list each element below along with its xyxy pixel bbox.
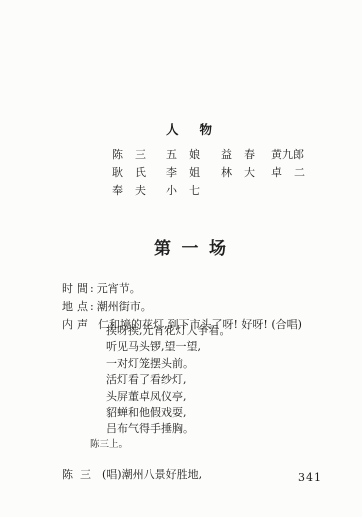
role-label: 陈三 — [62, 466, 91, 482]
chorus-line: 挨呀挨,元宵花灯人争看。 — [106, 322, 231, 338]
chorus-line: 听见马头锣,望一望, — [106, 338, 201, 354]
stage-direction: 陈三上。 — [90, 436, 128, 450]
cast-heading: 人物 — [166, 120, 212, 138]
script-line: 陈三(唱)潮州八景好胜地, — [48, 453, 202, 495]
line-text: (唱)潮州八景好胜地, — [102, 468, 202, 481]
scene-heading: 第一场 — [154, 234, 226, 259]
page-number: 341 — [298, 471, 322, 484]
chorus-line: 一对灯笼摆头前。 — [106, 355, 194, 371]
cast-name: 李姐 — [166, 164, 200, 180]
chorus-line: 头屏董卓凤仪亭, — [106, 388, 187, 404]
cast-row: 耿氏 李姐 林大 卓二 — [112, 164, 331, 180]
role-label: 内声 — [62, 316, 88, 332]
cast-name: 小七 — [166, 182, 200, 198]
cast-name: 益春 — [221, 146, 255, 162]
cast-name: 林大 — [221, 164, 255, 180]
chorus-line: 吕布气得手捶胸。 — [106, 420, 194, 436]
cast-heading-text: 人物 — [166, 120, 212, 138]
cast-name: 奉夫 — [112, 182, 146, 198]
chorus-line: 貂蝉和他假戏耍, — [106, 404, 187, 420]
cast-name: 陈三 — [112, 146, 146, 162]
cast-name: 黄九郎 — [271, 148, 304, 161]
cast-name: 耿氏 — [112, 164, 146, 180]
cast-row: 陈三 五娘 益春 黄九郎 — [112, 146, 331, 162]
chorus-line: 活灯看了看纱灯, — [106, 371, 187, 387]
book-page: 人物 陈三 五娘 益春 黄九郎 耿氏 李姐 林大 卓二 奉夫 小七 第一场 时間… — [0, 0, 362, 517]
scene-heading-text: 第一场 — [154, 234, 226, 259]
cast-name: 卓二 — [271, 164, 305, 180]
cast-row: 奉夫 小七 — [112, 182, 221, 198]
cast-name: 五娘 — [166, 146, 200, 162]
